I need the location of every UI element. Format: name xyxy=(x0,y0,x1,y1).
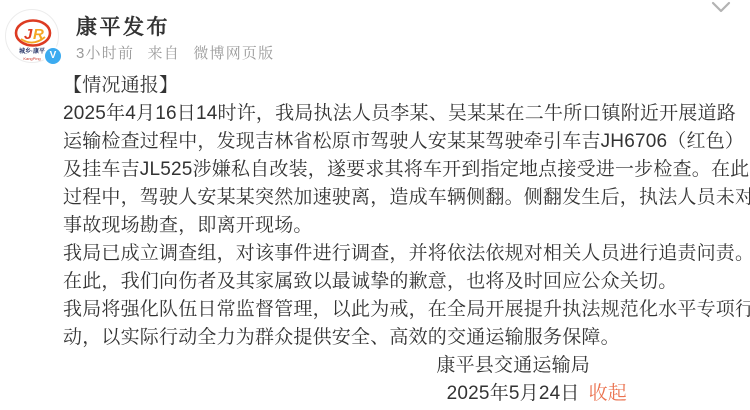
verified-badge-letter: V xyxy=(50,51,57,61)
body-line: 我局已成立调查组，对该事件进行调查，并将依法依规对相关人员进行追责问责。 xyxy=(63,240,729,268)
author-name[interactable]: 康平发布 xyxy=(76,11,170,41)
body-line: 我局将强化队伍日常监督管理，以此为戒，在全局开展提升执法规范化水平专项行 xyxy=(63,296,729,324)
post-timestamp[interactable]: 3小时前 xyxy=(76,45,134,62)
meta-from-label: 来自 xyxy=(148,45,180,62)
body-line: 过程中，驾驶人安某某突然加速驶离，造成车辆侧翻。侧翻发生后，执法人员未对 xyxy=(63,184,729,212)
verified-badge-icon: V xyxy=(43,46,63,66)
signature-line: 康平县交通运输局 xyxy=(63,352,729,380)
svg-text:R: R xyxy=(33,26,44,43)
post-date: 2025年5月24日 xyxy=(447,383,580,404)
collapse-link[interactable]: 收起 xyxy=(589,383,627,404)
date-line: 2025年5月24日收起 xyxy=(63,380,729,408)
chevron-down-icon[interactable] xyxy=(711,0,731,14)
body-line: 2025年4月16日14时许，我局执法人员李某、吴某某在二牛所口镇附近开展道路 xyxy=(63,100,729,128)
body-line: 运输检查过程中，发现吉林省松原市驾驶人安某某驾驶牵引车吉JH6706（红色） xyxy=(63,128,729,156)
svg-text:J: J xyxy=(24,26,33,43)
body-line: 事故现场勘查，即离开现场。 xyxy=(63,212,729,240)
body-line: 在此，我们向伤者及其家属致以最诚挚的歉意，也将及时回应公众关切。 xyxy=(63,268,729,296)
avatar[interactable]: J R 城乡·康平 KangPing V xyxy=(5,9,59,63)
post-meta: 3小时前 来自 微博网页版 xyxy=(76,42,274,63)
post-source-link[interactable]: 微博网页版 xyxy=(193,45,274,62)
weibo-post: J R 城乡·康平 KangPing V 康平发布 3小时前 来自 微博网页版 … xyxy=(0,0,750,410)
body-line: 【情况通报】 xyxy=(63,72,729,100)
body-line: 动，以实际行动全力为群众提供安全、高效的交通运输服务保障。 xyxy=(63,324,729,352)
post-body: 【情况通报】 2025年4月16日14时许，我局执法人员李某、吴某某在二牛所口镇… xyxy=(63,72,729,408)
body-line: 及挂车吉JL525涉嫌私自改装，遂要求其将车开到指定地点接受进一步检查。在此 xyxy=(63,156,729,184)
